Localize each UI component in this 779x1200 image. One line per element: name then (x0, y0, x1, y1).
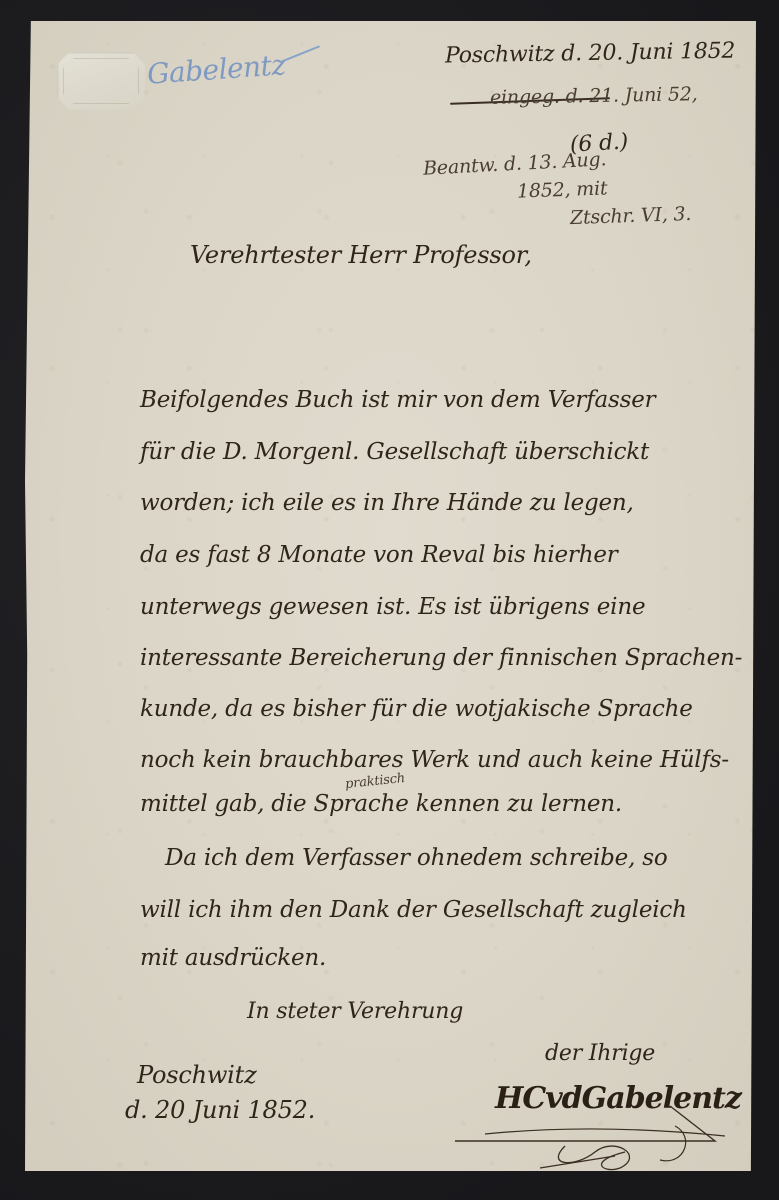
blind-stamp-icon (57, 52, 145, 110)
header-place-date: Poschwitz d. 20. Juni 1852 (445, 38, 736, 68)
header-answered: Beantw. d. 13. Aug. (423, 148, 607, 180)
header-received: eingeg. d. 21. Juni 52, (490, 83, 698, 109)
closing-yours: der Ihrige (545, 1041, 655, 1066)
closing-place: Poschwitz (137, 1061, 257, 1089)
body-line: Da ich dem Verfasser ohnedem schreibe, s… (165, 845, 668, 871)
closing-phrase: In steter Verehrung (247, 999, 463, 1024)
body-line: worden; ich eile es in Ihre Hände zu leg… (140, 490, 634, 516)
body-line: mit ausdrücken. (140, 945, 326, 971)
header-answered-ref: Ztschr. VI, 3. (570, 203, 692, 229)
interlinear-insertion: praktisch (344, 771, 405, 792)
body-line: interessante Bereicherung der finnischen… (140, 645, 742, 671)
salutation: Verehrtester Herr Professor, (190, 241, 532, 269)
header-answered-year: 1852, mit (517, 177, 608, 202)
letter-page: Gabelentz Poschwitz d. 20. Juni 1852 ein… (25, 21, 756, 1171)
body-line: für die D. Morgenl. Gesellschaft übersch… (140, 439, 649, 465)
document-scan: Gabelentz Poschwitz d. 20. Juni 1852 ein… (0, 0, 779, 1200)
body-line: will ich ihm den Dank der Gesellschaft z… (140, 897, 687, 923)
body-line: noch kein brauchbares Werk und auch kein… (140, 747, 729, 773)
body-line: Beifolgendes Buch ist mir von dem Verfas… (140, 387, 655, 413)
blue-pencil-annotation: Gabelentz (146, 48, 287, 91)
closing-date: d. 20 Juni 1852. (125, 1096, 315, 1124)
body-line: kunde, da es bisher für die wotjakische … (140, 696, 693, 722)
stamp-border (63, 58, 139, 104)
signature: HCvdGabelentz (495, 1081, 741, 1116)
body-line: da es fast 8 Monate von Reval bis hierhe… (140, 542, 618, 568)
body-line: unterwegs gewesen ist. Es ist übrigens e… (140, 594, 645, 620)
body-line: mittel gab, die Sprache kennen zu lernen… (140, 791, 622, 817)
